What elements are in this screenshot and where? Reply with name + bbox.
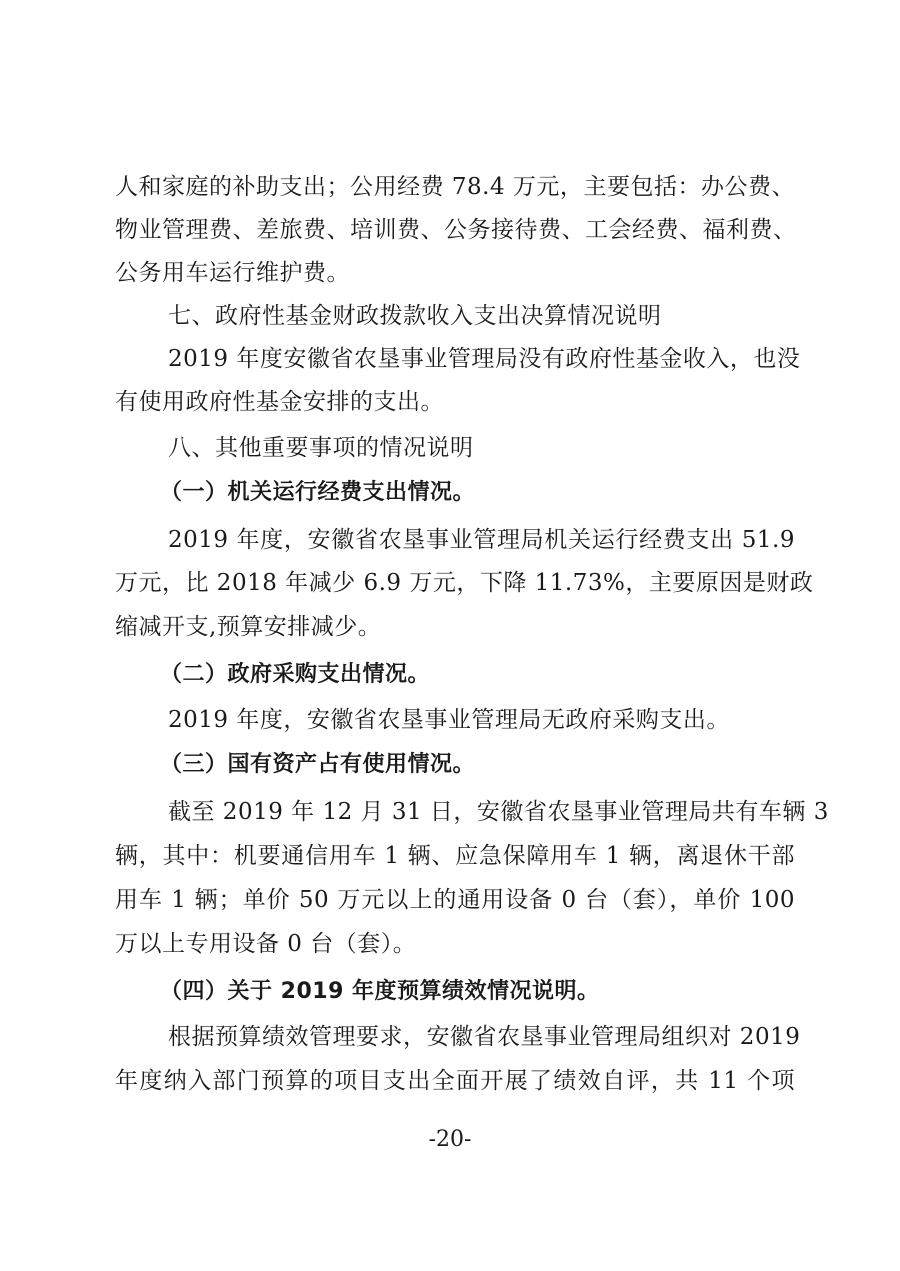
subsection-heading-3: （三）国有资产占有使用情况。	[160, 750, 840, 780]
body-text-line: 物业管理费、差旅费、培训费、公务接待费、工会经费、福利费、	[115, 215, 795, 245]
body-text-line: 缩减开支,预算安排减少。	[115, 612, 795, 642]
body-text-line: 截至 2019 年 12 月 31 日，安徽省农垦事业管理局共有车辆 3	[168, 797, 795, 827]
body-text-line: 2019 年度，安徽省农垦事业管理局无政府采购支出。	[168, 705, 795, 735]
body-text-line: 2019 年度安徽省农垦事业管理局没有政府性基金收入，也没	[168, 344, 795, 374]
subsection-heading-2: （二）政府采购支出情况。	[160, 660, 840, 690]
subsection-heading-1: （一）机关运行经费支出情况。	[160, 478, 840, 508]
body-text-line: 辆，其中：机要通信用车 1 辆、应急保障用车 1 辆，离退休干部	[115, 841, 795, 871]
subsection-heading-4: （四）关于 2019 年度预算绩效情况说明。	[160, 977, 840, 1007]
body-text-line: 用车 1 辆；单价 50 万元以上的通用设备 0 台（套），单价 100	[115, 885, 795, 915]
page-number: -20-	[0, 1126, 900, 1154]
document-page: 人和家庭的补助支出；公用经费 78.4 万元，主要包括：办公费、 物业管理费、差…	[0, 0, 900, 1271]
body-text-line: 公务用车运行维护费。	[115, 258, 795, 288]
body-text-line: 2019 年度，安徽省农垦事业管理局机关运行经费支出 51.9	[168, 525, 795, 555]
section-heading-8: 八、其他重要事项的情况说明	[168, 433, 795, 463]
section-heading-7: 七、政府性基金财政拨款收入支出决算情况说明	[168, 301, 795, 331]
body-text-line: 万元，比 2018 年减少 6.9 万元，下降 11.73%，主要原因是财政	[115, 568, 795, 598]
body-text-line: 万以上专用设备 0 台（套）。	[115, 929, 795, 959]
body-text-line: 有使用政府性基金安排的支出。	[115, 387, 795, 417]
body-text-line: 根据预算绩效管理要求，安徽省农垦事业管理局组织对 2019	[168, 1022, 795, 1052]
body-text-line: 人和家庭的补助支出；公用经费 78.4 万元，主要包括：办公费、	[115, 172, 795, 202]
body-text-line: 年度纳入部门预算的项目支出全面开展了绩效自评，共 11 个项	[115, 1066, 795, 1096]
